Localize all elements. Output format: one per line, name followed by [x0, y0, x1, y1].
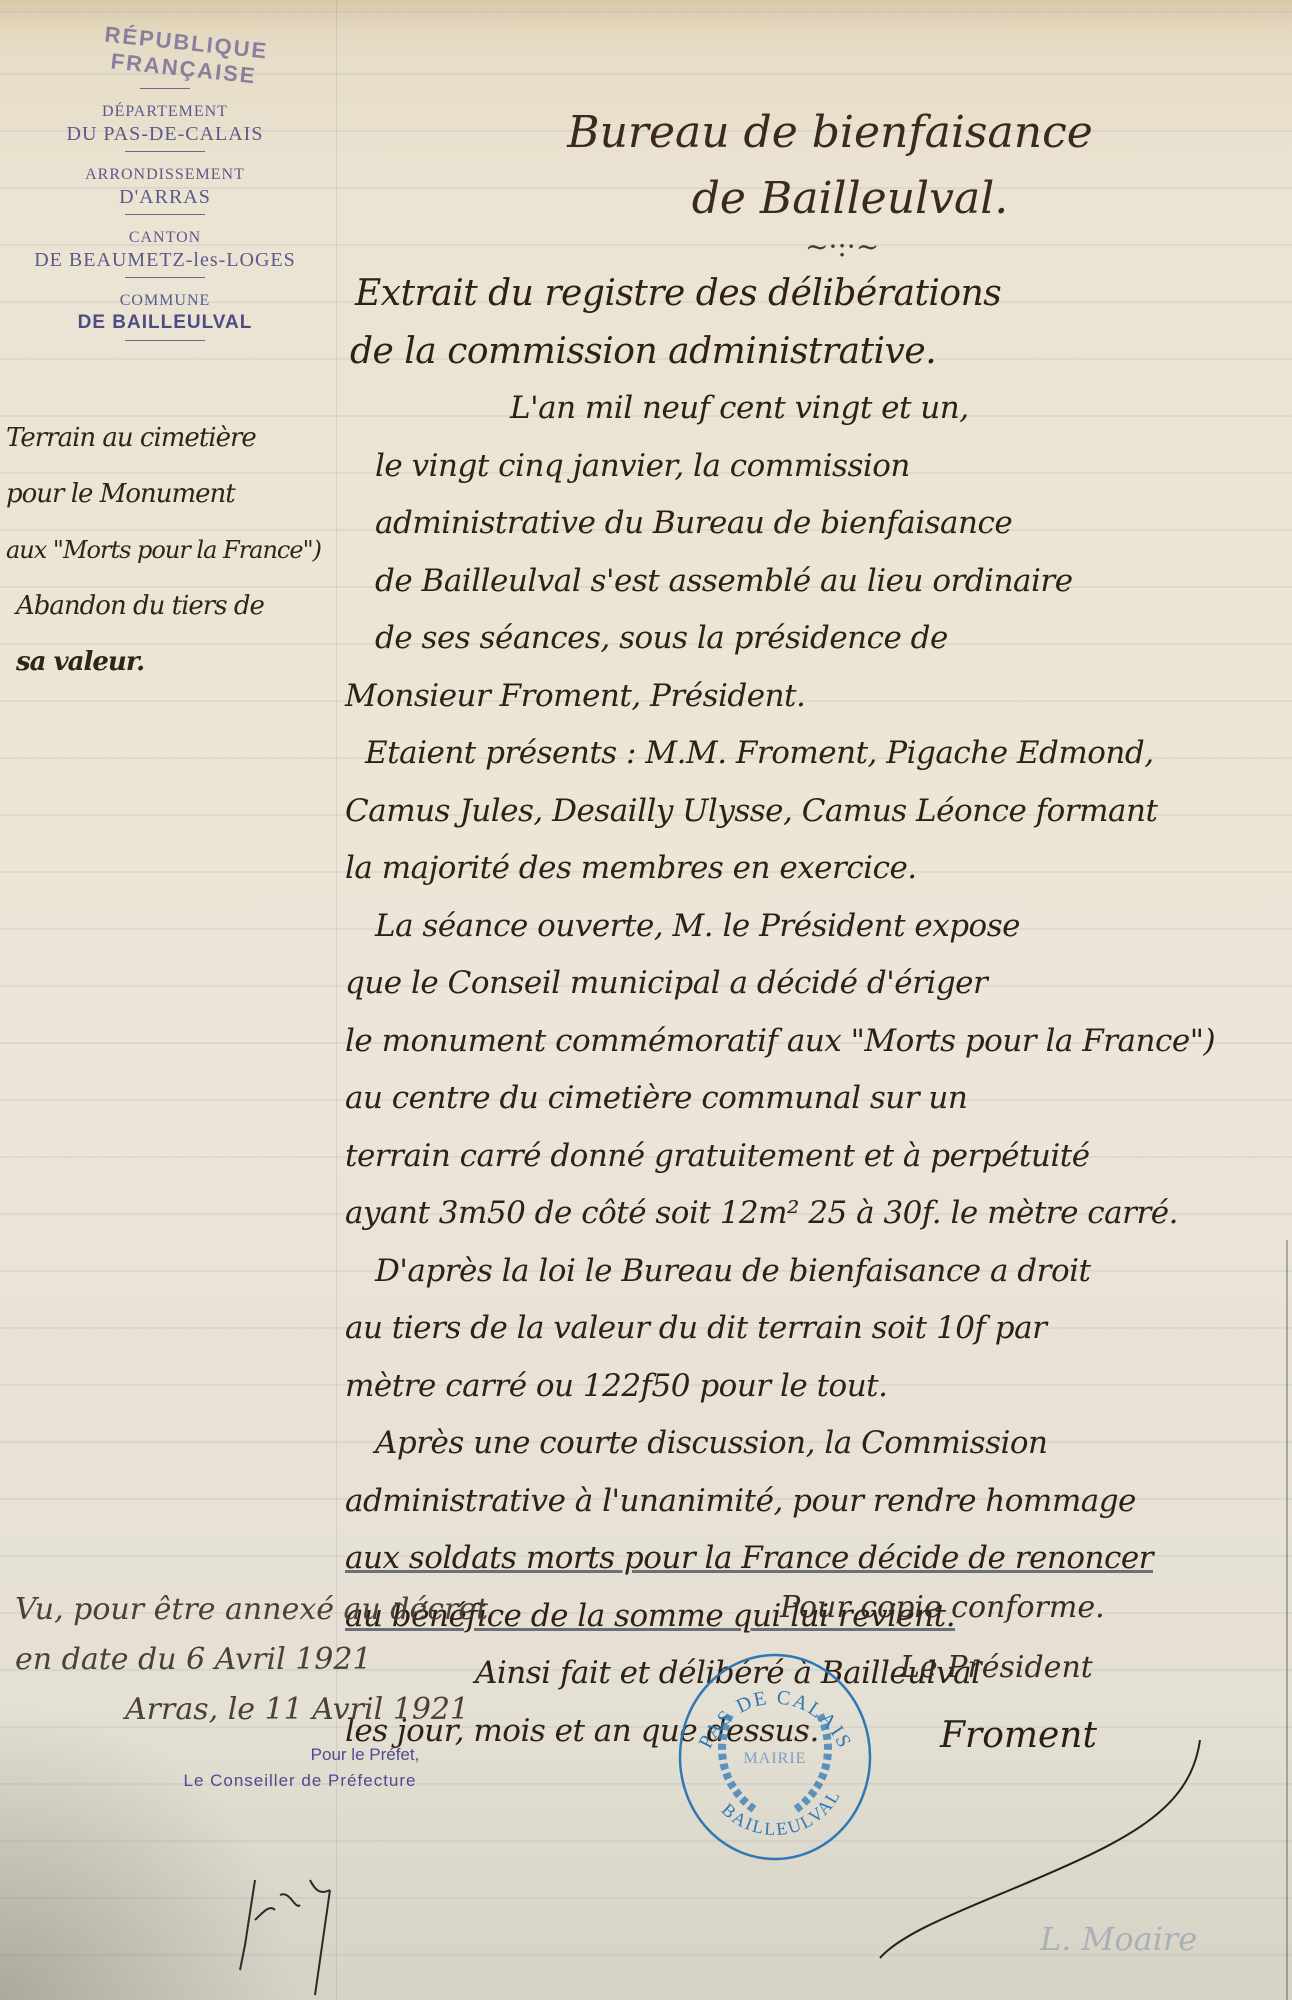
body-line: D'après la loi le Bureau de bienfaisance…	[345, 1243, 1285, 1301]
divider	[125, 277, 205, 278]
approval-line-1: Vu, pour être annexé au décret	[15, 1585, 575, 1635]
letterhead-stamp: RÉPUBLIQUE FRANÇAISE DÉPARTEMENT DU PAS-…	[20, 30, 310, 353]
divider	[140, 88, 190, 89]
canton-name: DE BEAUMETZ-les-LOGES	[20, 249, 310, 271]
prefect-signature-icon	[220, 1850, 350, 2000]
commune-name: DE BAILLEULVAL	[20, 312, 310, 334]
margin-note-line: Abandon du tiers de	[6, 578, 336, 634]
department-name: DU PAS-DE-CALAIS	[20, 123, 310, 145]
body-line: Monsieur Froment, Président.	[345, 668, 1285, 726]
margin-note-line: Terrain au cimetière	[6, 410, 336, 466]
margin-note: Terrain au cimetière pour le Monument au…	[6, 410, 336, 690]
president-signature: Froment	[940, 1715, 1097, 1756]
president-label: Le Président	[900, 1650, 1093, 1685]
republic-arc-text: RÉPUBLIQUE FRANÇAISE	[58, 17, 312, 95]
body-line: le vingt cinq janvier, la commission	[345, 438, 1285, 496]
body-line: administrative à l'unanimité, pour rendr…	[345, 1473, 1285, 1531]
arrondissement-name: D'ARRAS	[20, 186, 310, 208]
margin-note-line: aux "Morts pour la France")	[6, 522, 336, 578]
svg-text:MAIRIE: MAIRIE	[744, 1750, 807, 1767]
flourish-ornament-icon: ~·:·~	[805, 230, 879, 263]
page-edge	[1286, 1240, 1288, 2000]
approval-line-3: Arras, le 11 Avril 1921	[15, 1685, 575, 1735]
approval-line-2: en date du 6 Avril 1921	[15, 1635, 575, 1685]
mairie-seal-icon: PAS DE CALAIS BAILLEULVAL MAIRIE	[670, 1645, 880, 1865]
canton-label: CANTON	[20, 227, 310, 249]
body-line: mètre carré ou 122f50 pour le tout.	[345, 1358, 1285, 1416]
body-line: ayant 3m50 de côté soit 12m² 25 à 30f. l…	[345, 1185, 1285, 1243]
body-line: Extrait du registre des délibérations	[345, 265, 1285, 323]
arrondissement-label: ARRONDISSEMENT	[20, 164, 310, 186]
body-line: administrative du Bureau de bienfaisance	[345, 495, 1285, 553]
certified-copy-label: Pour copie conforme.	[780, 1590, 1105, 1625]
pencil-signature: L. Moaire	[1040, 1920, 1197, 1958]
body-line: le monument commémoratif aux "Morts pour…	[345, 1013, 1285, 1071]
title-line-2: de Bailleulval.	[380, 166, 1280, 232]
commune-label: COMMUNE	[20, 290, 310, 312]
margin-note-line: sa valeur.	[6, 634, 336, 690]
body-line: que le Conseil municipal a décidé d'érig…	[345, 955, 1285, 1013]
divider	[125, 151, 205, 152]
title-line-1: Bureau de bienfaisance	[380, 100, 1280, 166]
deliberation-body: Extrait du registre des délibérations de…	[345, 265, 1285, 1760]
prefecture-approval: Vu, pour être annexé au décret en date d…	[15, 1585, 575, 1735]
svg-text:PAS DE CALAIS: PAS DE CALAIS	[694, 1686, 855, 1752]
divider	[125, 340, 205, 341]
body-line: La séance ouverte, M. le Président expos…	[345, 898, 1285, 956]
prefect-stamp-line-2: Le Conseiller de Préfecture	[60, 1771, 540, 1791]
body-line: aux soldats morts pour la France décide …	[345, 1530, 1285, 1588]
divider	[125, 214, 205, 215]
body-line: de ses séances, sous la présidence de	[345, 610, 1285, 668]
margin-note-line: pour le Monument	[6, 466, 336, 522]
prefect-stamp: Pour le Préfet, Le Conseiller de Préfect…	[60, 1745, 540, 1791]
body-line: de la commission administrative.	[345, 323, 1285, 381]
body-line: au centre du cimetière communal sur un	[345, 1070, 1285, 1128]
body-line: L'an mil neuf cent vingt et un,	[345, 380, 1285, 438]
body-line: terrain carré donné gratuitement et à pe…	[345, 1128, 1285, 1186]
body-line: de Bailleulval s'est assemblé au lieu or…	[345, 553, 1285, 611]
prefect-stamp-line-1: Pour le Préfet,	[60, 1745, 540, 1765]
body-line: la majorité des membres en exercice.	[345, 840, 1285, 898]
body-line: Etaient présents : M.M. Froment, Pigache…	[345, 725, 1285, 783]
body-line: Camus Jules, Desailly Ulysse, Camus Léon…	[345, 783, 1285, 841]
document-title: Bureau de bienfaisance de Bailleulval.	[380, 100, 1280, 232]
body-line: Après une courte discussion, la Commissi…	[345, 1415, 1285, 1473]
department-label: DÉPARTEMENT	[20, 101, 310, 123]
body-line: au tiers de la valeur du dit terrain soi…	[345, 1300, 1285, 1358]
